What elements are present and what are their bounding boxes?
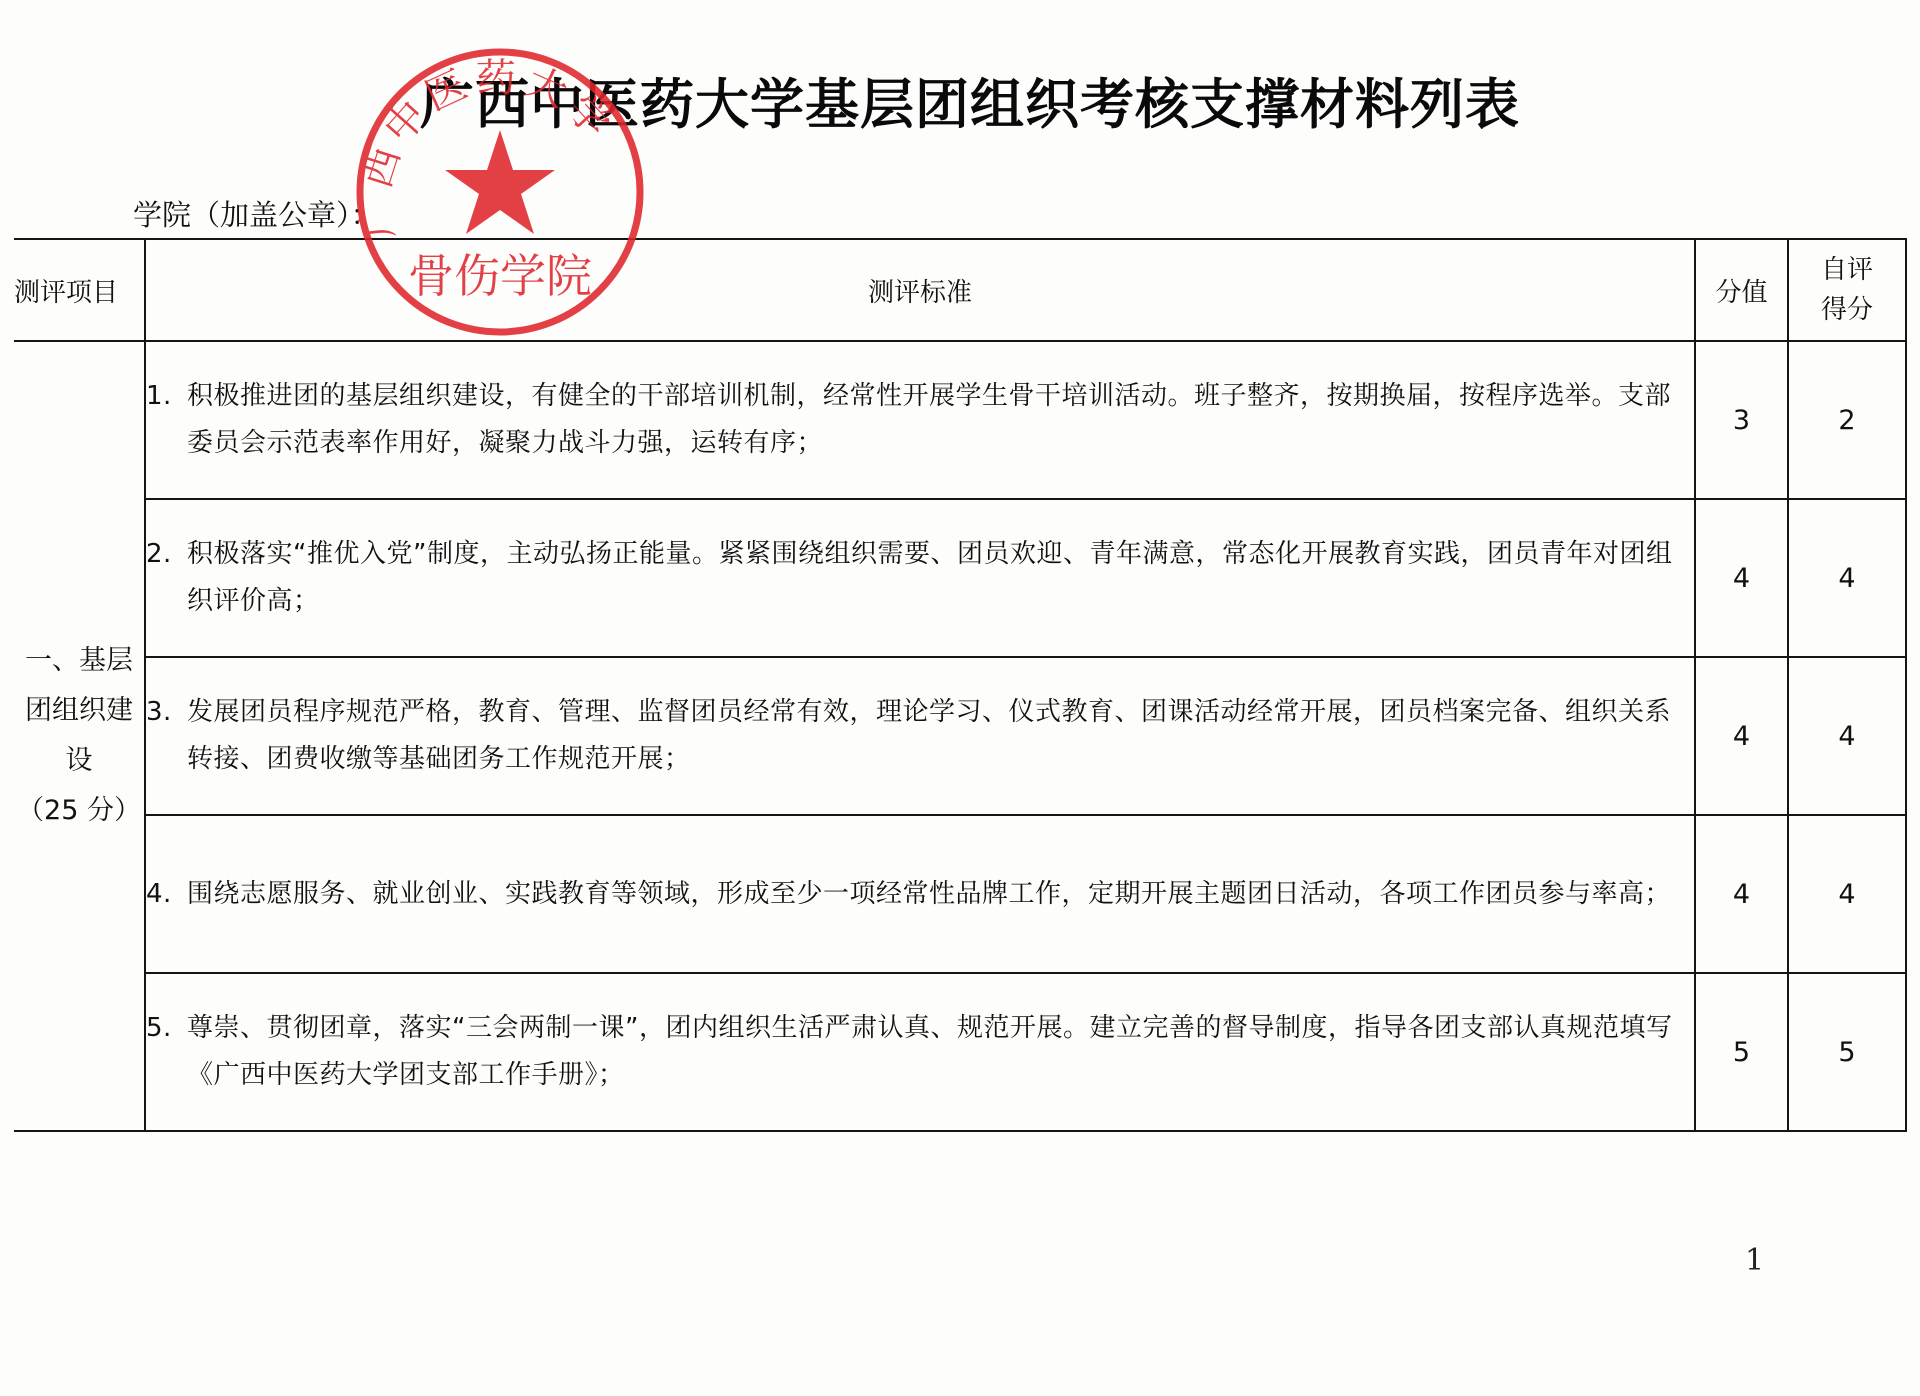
table-header-row: 测评项目 测评标准 分值 自评 得分 — [14, 239, 1906, 341]
criteria-number: 1. — [146, 373, 187, 420]
table-row: 3.发展团员程序规范严格，教育、管理、监督团员经常有效，理论学习、仪式教育、团课… — [14, 657, 1906, 815]
table-row: 2.积极落实“推优入党”制度，主动弘扬正能量。紧紧围绕组织需要、团员欢迎、青年满… — [14, 499, 1906, 657]
criteria-cell: 5.尊崇、贯彻团章，落实“三会两制一课”，团内组织生活严肃认真、规范开展。建立完… — [145, 973, 1695, 1131]
criteria-number: 3. — [146, 689, 187, 736]
criteria-text: 发展团员程序规范严格，教育、管理、监督团员经常有效，理论学习、仪式教育、团课活动… — [187, 697, 1671, 774]
table-row: 5.尊崇、贯彻团章，落实“三会两制一课”，团内组织生活严肃认真、规范开展。建立完… — [14, 973, 1906, 1131]
header-self-score-line1: 自评 — [1789, 250, 1905, 290]
table-row: 一、基层 团组织建 设 （25 分） 1.积极推进团的基层组织建设，有健全的干部… — [14, 341, 1906, 499]
college-seal-label: 学院（加盖公章）： — [133, 193, 380, 234]
category-line3: 设 — [14, 736, 144, 786]
criteria-number: 5. — [146, 1005, 187, 1052]
page-number: 1 — [1745, 1243, 1764, 1278]
score-cell: 5 — [1695, 973, 1788, 1131]
header-self-score-line2: 得分 — [1789, 290, 1905, 330]
self-score-cell: 5 — [1788, 973, 1906, 1131]
assessment-table: 测评项目 测评标准 分值 自评 得分 一、基层 团组织建 设 （25 分） 1.… — [14, 238, 1907, 1132]
criteria-cell: 3.发展团员程序规范严格，教育、管理、监督团员经常有效，理论学习、仪式教育、团课… — [145, 657, 1695, 815]
self-score-cell: 4 — [1788, 657, 1906, 815]
criteria-text: 围绕志愿服务、就业创业、实践教育等领域，形成至少一项经常性品牌工作，定期开展主题… — [187, 879, 1671, 909]
score-cell: 4 — [1695, 657, 1788, 815]
header-self-score: 自评 得分 — [1788, 239, 1906, 341]
score-cell: 4 — [1695, 499, 1788, 657]
category-cell: 一、基层 团组织建 设 （25 分） — [14, 341, 145, 1131]
score-cell: 4 — [1695, 815, 1788, 973]
header-score: 分值 — [1695, 239, 1788, 341]
criteria-cell: 1.积极推进团的基层组织建设，有健全的干部培训机制，经常性开展学生骨干培训活动。… — [145, 341, 1695, 499]
criteria-number: 4. — [146, 871, 187, 918]
criteria-text: 积极落实“推优入党”制度，主动弘扬正能量。紧紧围绕组织需要、团员欢迎、青年满意，… — [187, 539, 1672, 616]
criteria-cell: 4.围绕志愿服务、就业创业、实践教育等领域，形成至少一项经常性品牌工作，定期开展… — [145, 815, 1695, 973]
self-score-cell: 4 — [1788, 815, 1906, 973]
self-score-cell: 4 — [1788, 499, 1906, 657]
header-criteria: 测评标准 — [145, 239, 1695, 341]
self-score-cell: 2 — [1788, 341, 1906, 499]
star-icon — [445, 130, 555, 234]
category-line4: （25 分） — [14, 786, 144, 836]
criteria-text: 尊崇、贯彻团章，落实“三会两制一课”，团内组织生活严肃认真、规范开展。建立完善的… — [187, 1013, 1672, 1090]
score-cell: 3 — [1695, 341, 1788, 499]
criteria-cell: 2.积极落实“推优入党”制度，主动弘扬正能量。紧紧围绕组织需要、团员欢迎、青年满… — [145, 499, 1695, 657]
header-item: 测评项目 — [14, 239, 145, 341]
table-row: 4.围绕志愿服务、就业创业、实践教育等领域，形成至少一项经常性品牌工作，定期开展… — [14, 815, 1906, 973]
category-line1: 一、基层 — [14, 636, 144, 686]
document-title: 广西中医药大学基层团组织考核支撑材料列表 — [0, 62, 1920, 139]
criteria-number: 2. — [146, 531, 187, 578]
category-line2: 团组织建 — [14, 686, 144, 736]
criteria-text: 积极推进团的基层组织建设，有健全的干部培训机制，经常性开展学生骨干培训活动。班子… — [187, 381, 1671, 458]
